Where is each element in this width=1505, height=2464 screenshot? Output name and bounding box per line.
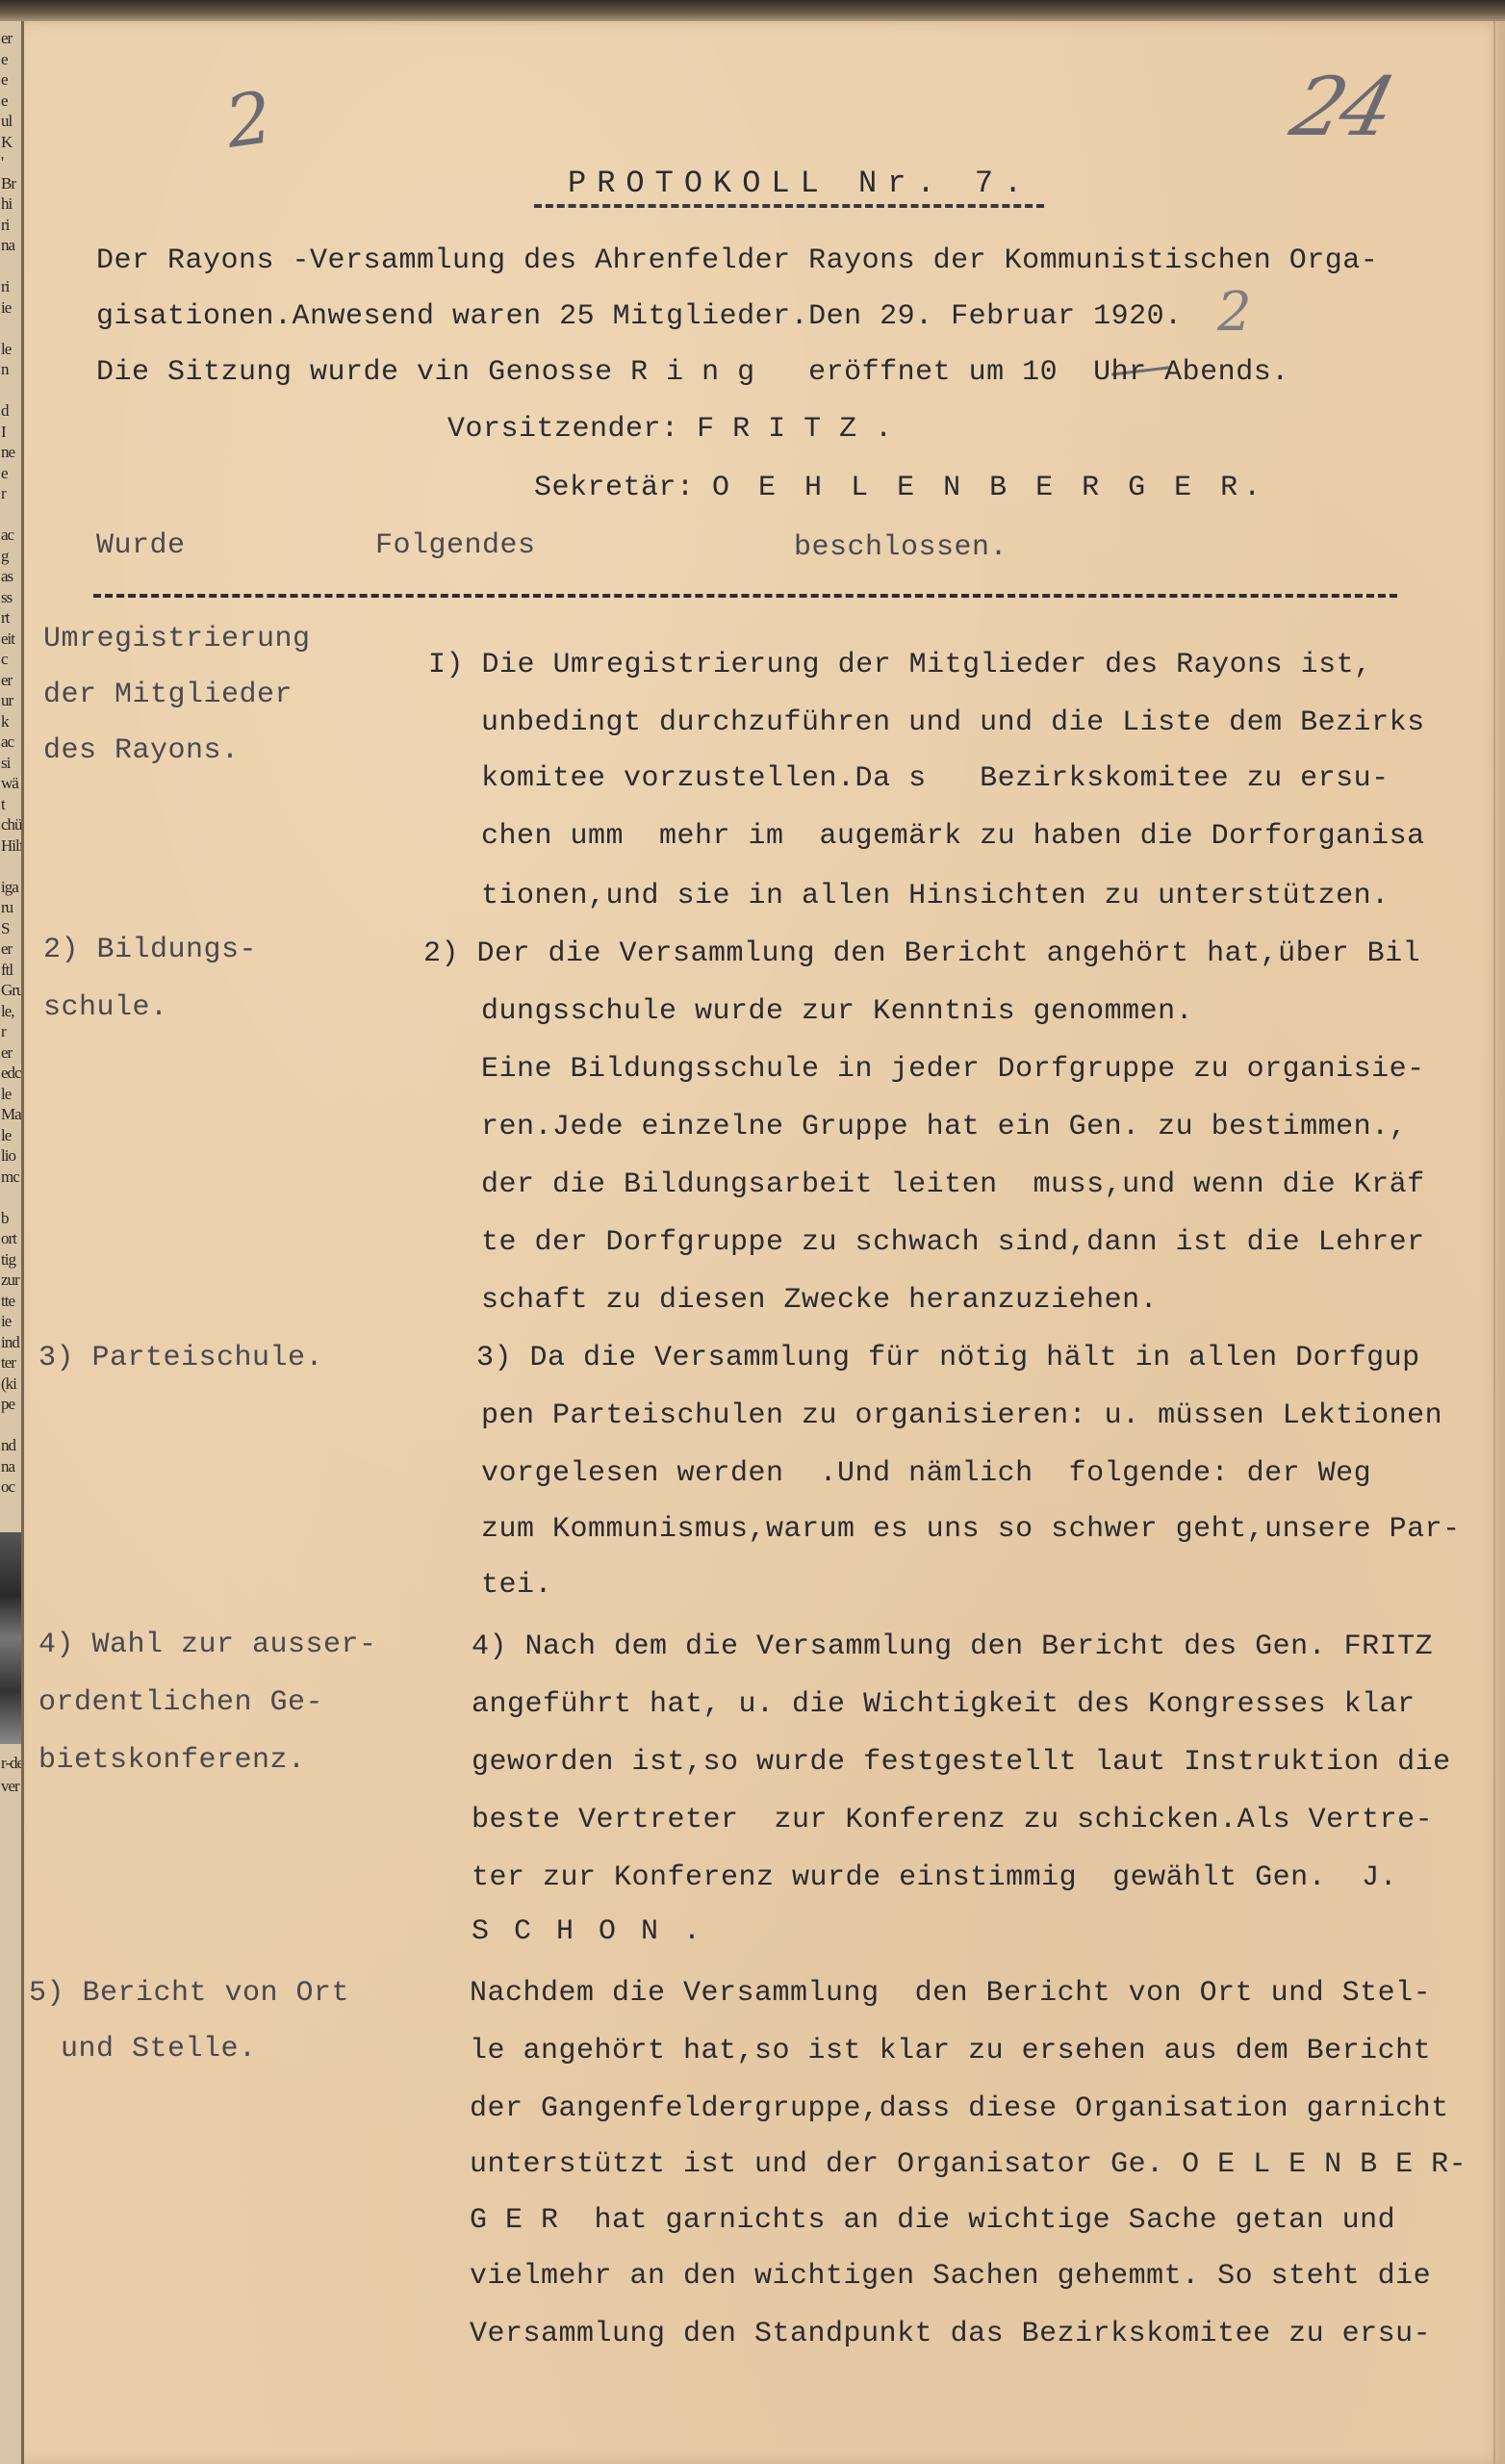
adjacent-page-fragment: edc: [1, 1064, 21, 1083]
item-2-text-line-2: dungsschule wurde zur Kenntnis genommen.: [481, 995, 1193, 1028]
adjacent-page-fragment: ind: [1, 1333, 19, 1352]
item-1-topic-line-3: des Rayons.: [43, 734, 240, 767]
item-1-text-line-4: chen umm mehr im augemärk zu haben die D…: [481, 820, 1425, 853]
secretary-label: Sekretär:: [534, 472, 695, 504]
item-5-text-line-4: unterstützt ist und der Organisator Ge. …: [470, 2148, 1467, 2181]
adjacent-page-fragment: r-de: [1, 1754, 23, 1773]
item-3-text-line-3: vorgelesen werden .Und nämlich folgende:…: [481, 1457, 1371, 1490]
adjacent-page-fragment: ur: [1, 691, 13, 710]
adjacent-page-fragment: oc: [1, 1477, 14, 1497]
item-5-topic-line-1: 5) Bericht von Ort: [29, 1977, 349, 2010]
item-4-text-line-5: ter zur Konferenz wurde einstimmig gewäh…: [472, 1861, 1397, 1894]
adjacent-page-fragment: K: [1, 133, 12, 152]
item-4-topic-line-2: ordentlichen Ge-: [38, 1686, 323, 1719]
item-2-text-line-6: te der Dorfgruppe zu schwach sind,dann i…: [481, 1226, 1425, 1259]
header-rule: [93, 594, 1397, 598]
adjacent-page-fragment: wä: [1, 774, 18, 793]
adjacent-page-fragment: ac: [1, 732, 13, 752]
handwritten-folio-right: 24: [1283, 60, 1401, 154]
item-3-text-line-5: tei.: [481, 1569, 552, 1602]
adjacent-page-fragment: e: [1, 50, 8, 69]
resolution-header-col1: Wurde: [96, 529, 186, 562]
item-2-text-line-5: der die Bildungsarbeit leiten muss,und w…: [481, 1168, 1425, 1201]
adjacent-page-fragment: ne: [1, 443, 14, 462]
chairman-label: Vorsitzender:: [447, 413, 679, 446]
adjacent-page-fragment: Br: [1, 174, 15, 193]
item-1-text-line-2: unbedingt durchzuführen und und die List…: [481, 706, 1425, 739]
adjacent-page-fragment: as: [1, 567, 13, 586]
item-3-topic-line-1: 3) Parteischule.: [38, 1342, 323, 1374]
item-1-topic-line-2: der Mitglieder: [43, 679, 293, 711]
adjacent-page-fragment: e: [1, 70, 8, 90]
item-2-topic-line-1: 2) Bildungs-: [43, 934, 257, 966]
item-1-text-line-5: tionen,und sie in allen Hinsichten zu un…: [481, 880, 1390, 912]
item-2-text-line-4: ren.Jede einzelne Gruppe hat ein Gen. zu…: [481, 1111, 1407, 1143]
secretary-line: Sekretär: O E H L E N B E R G E R.: [534, 472, 1266, 504]
adjacent-page-fragment: ri: [1, 216, 9, 235]
adjacent-newspaper-photo: [0, 1532, 21, 1744]
document-title: PROTOKOLL Nr. 7.: [568, 166, 1033, 201]
item-4-text-line-1: 4) Nach dem die Versammlung den Bericht …: [472, 1630, 1433, 1663]
adjacent-page-fragment: er: [1, 671, 12, 690]
scan-top-edge: [0, 0, 1505, 21]
adjacent-page-fragment: ul: [1, 112, 12, 131]
intro-line-2: gisationen.Anwesend waren 25 Mitglieder.…: [96, 300, 1183, 333]
adjacent-page-fragment: er: [1, 1043, 12, 1063]
adjacent-page-fragment: g: [1, 547, 9, 566]
adjacent-page-fragment: le: [1, 1126, 11, 1145]
item-1-text-line-3: komitee vorzustellen.Da s Bezirkskomitee…: [481, 762, 1390, 795]
adjacent-page-fragment: nd: [1, 1436, 15, 1455]
adjacent-page-fragment: ter: [1, 1353, 15, 1373]
adjacent-page-fragment: ri: [1, 277, 9, 296]
adjacent-page-fragment: ss: [1, 588, 12, 607]
adjacent-page-fragment: k: [1, 712, 9, 731]
adjacent-page-fragment: ftl: [1, 961, 13, 980]
adjacent-page-fragment: ie: [1, 1312, 11, 1331]
adjacent-page-fragment: Ma: [1, 1105, 21, 1124]
adjacent-page-fragment: n: [1, 360, 9, 379]
adjacent-page-fragment: ort: [1, 1229, 16, 1248]
item-2-text-line-1: 2) Der die Versammlung den Bericht angeh…: [423, 937, 1420, 970]
document-page: 2 24 2 PROTOKOLL Nr. 7. Der Rayons -Vers…: [24, 21, 1505, 2464]
adjacent-page-fragment: na: [1, 236, 14, 255]
adjacent-page-strip: ereeeulK'BrhirinariielendIneeracgasssrte…: [0, 21, 24, 2464]
item-2-text-line-7: schaft zu diesen Zwecke heranzuziehen.: [481, 1284, 1158, 1317]
item-2-topic-line-2: schule.: [43, 991, 168, 1024]
item-5-text-line-6: vielmehr an den wichtigen Sachen gehemmt…: [470, 2260, 1431, 2293]
adjacent-page-fragment: b: [1, 1209, 9, 1228]
adjacent-page-fragment: rt: [1, 608, 9, 628]
adjacent-page-fragment: ie: [1, 298, 11, 318]
adjacent-page-fragment: r: [1, 484, 6, 503]
adjacent-page-fragment: ac: [1, 526, 13, 545]
item-5-topic-line-2: und Stelle.: [61, 2033, 257, 2066]
item-3-text-line-2: pen Parteischulen zu organisieren: u. mü…: [481, 1399, 1442, 1432]
adjacent-page-fragment: ': [1, 153, 3, 172]
adjacent-page-fragment: S: [1, 919, 9, 938]
adjacent-page-fragment: I: [1, 423, 6, 442]
adjacent-page-fragment: e: [1, 91, 8, 111]
adjacent-page-fragment: le,: [1, 1002, 14, 1021]
item-4-topic-line-1: 4) Wahl zur ausser-: [38, 1629, 377, 1661]
intro-line-1: Der Rayons -Versammlung des Ahrenfelder …: [96, 244, 1378, 277]
page-edge: [1493, 21, 1495, 2464]
resolution-header-col2: Folgendes: [375, 529, 536, 562]
adjacent-page-fragment: Gru: [1, 981, 23, 1000]
adjacent-page-fragment: ru: [1, 898, 13, 917]
adjacent-page-fragment: lio: [1, 1146, 15, 1166]
adjacent-page-fragment: Hilf: [1, 836, 23, 856]
intro-line-3: Die Sitzung wurde vin Genosse R i n g er…: [96, 356, 1289, 389]
adjacent-page-fragment: si: [1, 754, 10, 773]
handwritten-folio-left: 2: [220, 76, 277, 165]
adjacent-page-fragment: er: [1, 29, 12, 48]
item-5-text-line-7: Versammlung den Standpunkt das Bezirksko…: [470, 2318, 1431, 2350]
adjacent-page-fragment: pe: [1, 1395, 14, 1414]
item-1-text-line-1: I) Die Umregistrierung der Mitglieder de…: [428, 649, 1372, 681]
item-4-text-line-3: geworden ist,so wurde festgestellt laut …: [472, 1746, 1451, 1779]
item-3-text-line-4: zum Kommunismus,warum es uns so schwer g…: [481, 1513, 1461, 1546]
title-underline: [534, 204, 1044, 208]
adjacent-page-fragment: tte: [1, 1292, 14, 1311]
item-5-text-line-2: le angehört hat,so ist klar zu ersehen a…: [470, 2035, 1431, 2067]
adjacent-page-fragment: chü: [1, 815, 22, 834]
adjacent-page-fragment: zur: [1, 1270, 19, 1290]
adjacent-page-fragment: eit: [1, 629, 14, 649]
adjacent-page-fragment: (ki: [1, 1374, 16, 1394]
adjacent-page-fragment: na: [1, 1457, 14, 1476]
adjacent-page-fragment: t: [1, 795, 5, 814]
adjacent-page-fragment: mc: [1, 1168, 19, 1187]
adjacent-page-fragment: r: [1, 1022, 6, 1041]
adjacent-page-fragment: hi: [1, 194, 12, 214]
adjacent-page-fragment: le: [1, 340, 11, 359]
item-4-text-line-4: beste Vertreter zur Konferenz zu schicke…: [472, 1804, 1433, 1836]
adjacent-page-fragment: c: [1, 650, 8, 669]
item-2-text-line-3: Eine Bildungsschule in jeder Dorfgruppe …: [481, 1053, 1425, 1086]
adjacent-page-fragment: ver: [1, 1777, 19, 1796]
adjacent-page-fragment: iga: [1, 878, 18, 897]
item-4-topic-line-3: bietskonferenz.: [38, 1744, 306, 1777]
chairman-line: Vorsitzender: F R I T Z .: [447, 413, 893, 446]
adjacent-page-fragment: d: [1, 401, 9, 421]
handwritten-margin-note: 2: [1217, 281, 1252, 344]
resolution-header-col3: beschlossen.: [794, 531, 1008, 564]
item-5-text-line-5: G E R hat garnichts an die wichtige Sach…: [470, 2204, 1395, 2237]
secretary-name: O E H L E N B E R G E R.: [712, 472, 1266, 504]
item-4-text-line-2: angeführt hat, u. die Wichtigkeit des Ko…: [472, 1688, 1416, 1721]
item-1-topic-line-1: Umregistrierung: [43, 623, 311, 655]
item-5-text-line-1: Nachdem die Versammlung den Bericht von …: [470, 1977, 1431, 2010]
adjacent-page-fragment: er: [1, 939, 12, 959]
adjacent-page-fragment: tig: [1, 1250, 15, 1270]
chairman-name: F R I T Z .: [697, 413, 893, 446]
adjacent-page-fragment: e: [1, 464, 8, 483]
item-5-text-line-3: der Gangenfeldergruppe,dass diese Organi…: [470, 2092, 1449, 2125]
item-4-text-line-6: S C H O N .: [472, 1915, 704, 1948]
adjacent-page-fragment: le: [1, 1085, 11, 1104]
item-3-text-line-1: 3) Da die Versammlung für nötig hält in …: [476, 1342, 1420, 1374]
